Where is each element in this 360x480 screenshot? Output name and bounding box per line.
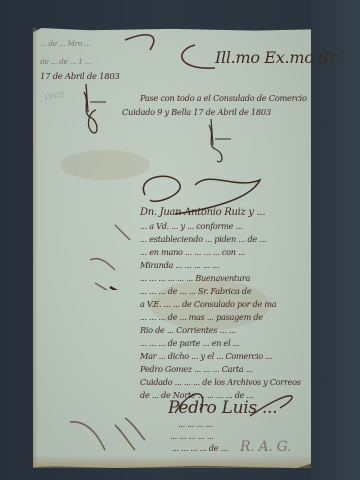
body-line: ... en mano ... ... ... ... con ... bbox=[140, 248, 245, 256]
margin-note-line: ... de ... Mro ... bbox=[40, 40, 91, 48]
salutation: Ill.mo Ex.mo Sr bbox=[215, 50, 336, 66]
closing-line: ... ... ... ... de ... bbox=[172, 444, 228, 452]
closing-line: ... ... ... ... bbox=[178, 420, 213, 428]
body-line: Cuidado ... ... ... de los Archivos y Co… bbox=[140, 378, 301, 386]
body-line: ... ... ... de ... mas ... pasagem de bbox=[140, 313, 263, 321]
subject-line: Pase con todo a el Consulado de Comercio bbox=[140, 94, 307, 102]
rubric-mark bbox=[78, 82, 108, 138]
bleed-through-marks bbox=[65, 410, 155, 460]
body-line: ... ... ... de ... ... Sr. Fabrica de bbox=[140, 287, 251, 295]
margin-note-date: 17 de Abril de 1803 bbox=[40, 73, 120, 82]
body-line: ... ... ... ... ... ... Buenaventura bbox=[140, 274, 250, 282]
body-line: Rio de ... Corrientes ... ... bbox=[140, 326, 236, 334]
pen-flourish bbox=[120, 30, 230, 75]
page-left-edge-stain bbox=[33, 28, 38, 468]
body-line: Pedro Gomez ... ... ... Carta ... bbox=[140, 365, 253, 373]
body-line: Dn. Juan Antonio Ruiz y ... bbox=[140, 208, 265, 218]
margin-note-line: de ... de ... 1 ... bbox=[40, 58, 91, 66]
signature-flourish bbox=[170, 388, 310, 418]
body-line: Mar ... dicho ... y el ... Comercio ... bbox=[140, 352, 272, 360]
body-line: ... ... ... de parte ... en el ... bbox=[140, 339, 240, 347]
body-line: Miranda ... ... ... ... ... bbox=[140, 261, 219, 269]
bleed-through-marks bbox=[70, 215, 150, 290]
body-line: ... estableciendo ... piden ... de ... bbox=[140, 235, 266, 243]
subject-line: Cuidado 9 y Bella 17 de Abril de 1803 bbox=[122, 108, 271, 116]
closing-line: ... ... ... ... ... bbox=[170, 432, 214, 440]
backdrop-right-panel bbox=[310, 0, 360, 480]
rubric-initials: R. A. G. bbox=[240, 440, 291, 454]
body-line: a V.E. ... ... de Consulado por de ma bbox=[140, 300, 276, 308]
rubric-mark bbox=[205, 117, 233, 165]
body-line: ... a Vd. ... y ... conforme ... bbox=[140, 222, 242, 230]
